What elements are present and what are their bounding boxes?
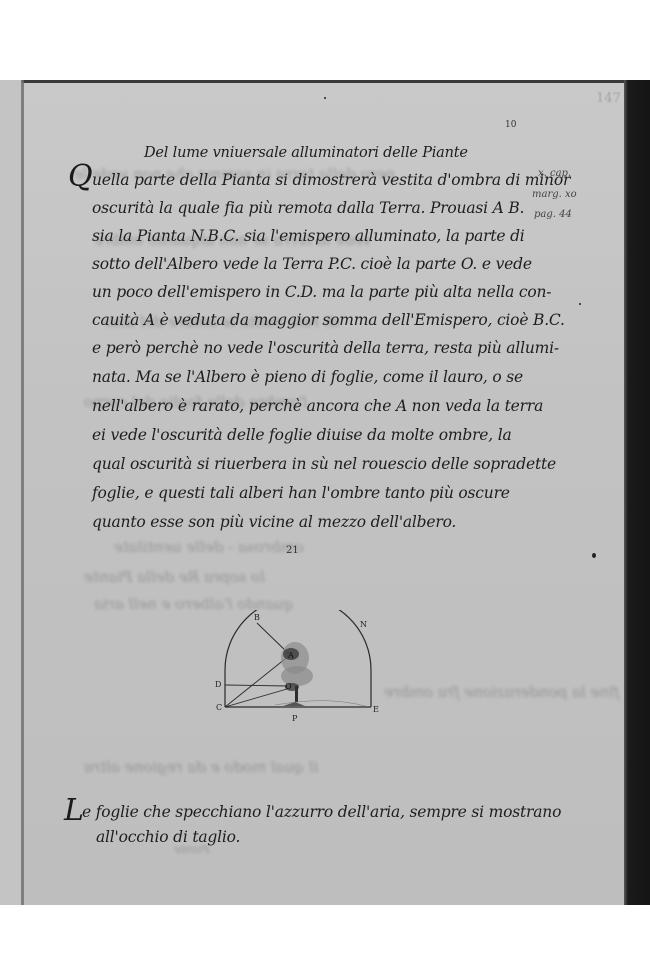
- text-line: uella parte della Pianta si dimostrerà v…: [92, 171, 570, 189]
- diagram-label: O: [285, 682, 292, 691]
- text-line: qual oscurità si riuerbera in sù nel rou…: [92, 455, 556, 473]
- drop-initial: Q: [68, 159, 93, 194]
- bleed-through-text: ombrosa - delle uentilate: [114, 538, 304, 556]
- text-line: sia la Pianta N.B.C. sia l'emispero allu…: [92, 227, 525, 245]
- diagram-label: C: [216, 703, 222, 712]
- text-line: quanto esse son più vicine al mezzo dell…: [92, 513, 456, 531]
- diagram-label: A: [287, 651, 294, 660]
- diagram-label: N: [360, 620, 367, 629]
- text-line: oscurità la quale fia più remota dalla T…: [92, 199, 524, 217]
- bleed-through-text: lo sopra Re della Piante: [84, 568, 265, 586]
- hemisphere-tree-diagram: B N A D O C P E: [195, 610, 395, 730]
- bleed-through-text: fine la ponderazione fra ombre: [384, 683, 619, 701]
- diagram-label: B: [254, 613, 260, 622]
- diagram-label: D: [215, 680, 221, 689]
- text-line: ei vede l'oscurità delle foglie diuise d…: [92, 426, 512, 444]
- text-line: e però perchè no vede l'oscurità della t…: [92, 339, 559, 357]
- binding-gutter: [624, 80, 650, 905]
- manuscript-scan: pero della terra in somma che non vede l…: [0, 80, 650, 905]
- diagram-label: P: [292, 714, 298, 723]
- ink-speck: [579, 303, 581, 305]
- margin-note-line: pag. 44: [534, 209, 572, 220]
- text-line: foglie, e questi tali alberi han l'ombre…: [92, 484, 510, 502]
- diagram-label: E: [373, 705, 379, 714]
- page-number: 10: [505, 120, 516, 130]
- folio-stamp: 147: [596, 91, 621, 106]
- text-line: sotto dell'Albero vede la Terra P.C. cio…: [92, 255, 532, 273]
- margin-note-line: marg. xo: [532, 189, 577, 200]
- bleed-through-text: il qual modo e da regione altra: [84, 758, 318, 776]
- manuscript-page: pero della terra in somma che non vede l…: [24, 83, 624, 905]
- ink-speck: [324, 97, 326, 99]
- text-line: e foglie che specchiano l'azzurro dell'a…: [82, 803, 561, 821]
- margin-note-line: x. cap.: [538, 168, 571, 179]
- ink-speck: [592, 553, 596, 558]
- text-line: nell'albero è rarato, perchè ancora che …: [92, 397, 543, 415]
- figure-mark: 21: [286, 545, 299, 556]
- drop-initial: L: [64, 793, 84, 828]
- text-line: un poco dell'emispero in C.D. ma la part…: [92, 283, 551, 301]
- text-line: all'occhio di taglio.: [96, 828, 240, 846]
- text-line: cauità A è veduta da maggior somma dell'…: [92, 311, 565, 329]
- text-line: nata. Ma se l'Albero è pieno di foglie, …: [92, 368, 523, 386]
- left-adjacent-leaf: [0, 80, 22, 905]
- section-heading: Del lume vniuersale alluminatori delle P…: [144, 145, 468, 161]
